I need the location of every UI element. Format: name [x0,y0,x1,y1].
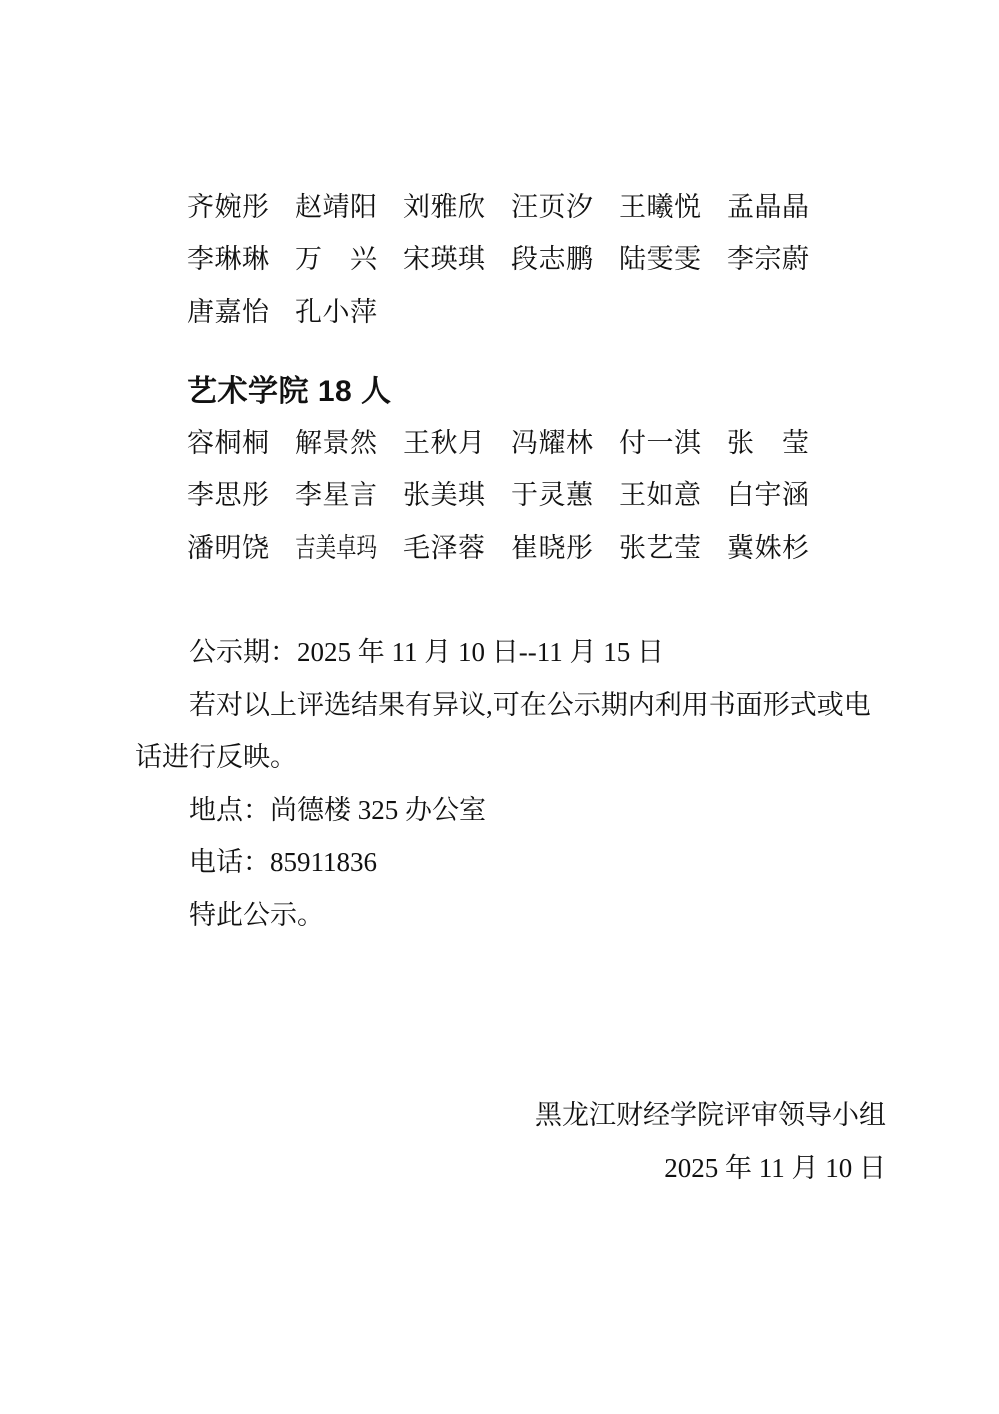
name-cell: 陆雯雯 [619,237,701,276]
name-cell: 付一淇 [619,421,701,460]
document-page: 齐婉彤赵靖阳刘雅欣汪页汐王曦悦孟晶晶李琳琳万兴宋瑛琪段志鹏陆雯雯李宗蔚唐嘉怡孔小… [0,0,999,1414]
name-cell: 刘雅欣 [403,185,485,224]
objection-line-2: 话进行反映。 [135,729,886,782]
name-cell: 冀姝杉 [727,526,809,565]
section-header: 艺术学院 18 人 [187,362,886,415]
name-row: 李思彤李星言张美琪于灵蕙王如意白宇涵 [187,467,886,520]
name-cell: 李星言 [295,473,377,512]
name-row: 齐婉彤赵靖阳刘雅欣汪页汐王曦悦孟晶晶 [187,178,886,231]
name-cell: 潘明饶 [187,526,269,565]
notice-body: 公示期：2025 年 11 月 10 日--11 月 15 日 若对以上评选结果… [135,624,886,939]
name-cell: 唐嘉怡 [187,290,269,329]
name-cell: 万兴 [295,237,377,276]
name-cell: 冯耀林 [511,421,593,460]
name-cell: 崔晓彤 [511,526,593,565]
name-cell: 赵靖阳 [295,185,377,224]
name-row: 容桐桐解景然王秋月冯耀林付一淇张莹 [187,414,886,467]
name-cell: 张美琪 [403,473,485,512]
phone-line: 电话：85911836 [135,834,886,887]
name-row: 唐嘉怡孔小萍 [187,283,886,336]
signature-org: 黑龙江财经学院评审领导小组 [135,1087,886,1140]
name-cell: 张莹 [727,421,809,460]
signature-date: 2025 年 11 月 10 日 [135,1139,886,1192]
publicity-period-line: 公示期：2025 年 11 月 10 日--11 月 15 日 [135,624,886,677]
name-cell: 张艺莹 [619,526,701,565]
name-cell: 容桐桐 [187,421,269,460]
name-cell: 孔小萍 [295,290,377,329]
name-cell: 王如意 [619,473,701,512]
name-cell: 白宇涵 [727,473,809,512]
name-row: 李琳琳万兴宋瑛琪段志鹏陆雯雯李宗蔚 [187,231,886,284]
name-cell: 汪页汐 [511,185,593,224]
name-cell: 李思彤 [187,473,269,512]
closing-line: 特此公示。 [135,886,886,939]
location-line: 地点：尚德楼 325 办公室 [135,781,886,834]
name-row: 潘明饶吉美卓玛毛泽蓉崔晓彤张艺莹冀姝杉 [187,519,886,572]
name-cell: 毛泽蓉 [403,526,485,565]
name-cell: 孟晶晶 [727,185,809,224]
name-cell: 宋瑛琪 [403,237,485,276]
name-cell: 齐婉彤 [187,185,269,224]
name-cell: 王秋月 [403,421,485,460]
name-cell: 于灵蕙 [511,473,593,512]
signature-block: 黑龙江财经学院评审领导小组 2025 年 11 月 10 日 [135,1087,886,1192]
name-cell: 段志鹏 [511,237,593,276]
name-cell: 李琳琳 [187,237,269,276]
name-cell: 李宗蔚 [727,237,809,276]
name-cell: 解景然 [295,421,377,460]
name-cell: 吉美卓玛 [295,526,377,565]
objection-line-1: 若对以上评选结果有异议,可在公示期内利用书面形式或电 [135,676,886,729]
name-cell: 王曦悦 [619,185,701,224]
awardee-name-lists: 齐婉彤赵靖阳刘雅欣汪页汐王曦悦孟晶晶李琳琳万兴宋瑛琪段志鹏陆雯雯李宗蔚唐嘉怡孔小… [135,178,886,572]
